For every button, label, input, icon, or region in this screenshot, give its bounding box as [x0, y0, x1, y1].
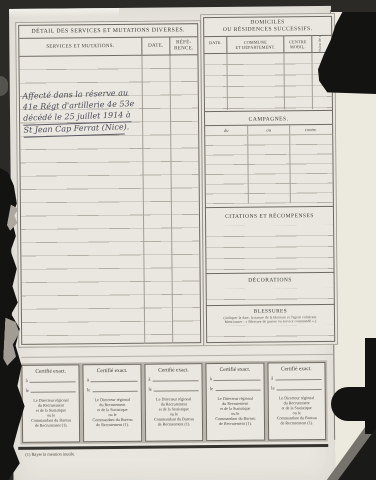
certificate-title: Certifié exact.	[22, 368, 78, 375]
services-mutations-table: DÉTAIL DES SERVICES ET MUTATIONS DIVERSE…	[18, 23, 201, 345]
column-divider	[289, 135, 291, 203]
separator-line	[21, 344, 333, 348]
blessures-note-line2: Mentionner : « Blessure de guerre ou ser…	[207, 319, 334, 324]
certificate-signature-block: Le Directeur régional du Recrutement et …	[268, 395, 325, 426]
certificate-box: Certifié exact. à le Le Directeur région…	[206, 363, 265, 442]
blank-line	[152, 380, 198, 381]
blank-line	[31, 391, 76, 392]
blank-line	[30, 381, 76, 382]
commune-line2: ET DÉPARTEMENT.	[227, 44, 283, 50]
column-header-au: au	[247, 125, 289, 134]
column-divider	[226, 54, 228, 110]
campagnes-rows	[205, 135, 333, 204]
campagnes-section: CAMPAGNES. du au contre	[205, 113, 333, 204]
domiciles-section: DOMICILES OU RÉSIDENCES SUCCESSIFS. DATE…	[204, 17, 332, 108]
blank-line	[92, 391, 137, 392]
certificate-signature-block: Le Directeur régional du Recrutement et …	[207, 396, 264, 427]
certificate-box: Certifié exact. à le Le Directeur région…	[267, 362, 326, 441]
blank-line	[277, 389, 322, 390]
sig-line: de Recrutement (1).	[146, 421, 202, 427]
blank-line	[215, 390, 260, 391]
label-a: à	[271, 375, 273, 380]
citations-rows	[206, 225, 333, 272]
handwriting-line: St Jean Cap Ferrat (Nice).	[23, 122, 124, 137]
column-header-centre-mobilisation: CENTRE MOBIL.	[283, 36, 311, 52]
blank-line	[214, 380, 260, 381]
certificate-title: Certifié exact.	[84, 368, 140, 375]
certificate-title: Certifié exact.	[268, 366, 324, 373]
certificate-box: Certifié exact. à le Le Directeur région…	[144, 363, 203, 442]
sig-line: de Recrutement (1).	[84, 422, 140, 428]
column-divider	[311, 53, 313, 109]
label-le: le	[148, 387, 151, 392]
column-header-date: DATE.	[204, 37, 226, 53]
damage-mark-right-middle	[331, 387, 376, 421]
certificate-signature-block: Le Directeur régional du Recrutement et …	[84, 397, 141, 428]
label-a: à	[148, 377, 150, 382]
column-header-services: SERVICES ET MUTATIONS.	[19, 38, 141, 56]
damage-mark-left-small	[0, 76, 8, 96]
blank-line	[275, 379, 321, 380]
label-le: le	[26, 388, 29, 393]
label-le: le	[271, 385, 274, 390]
centre-line2: MOBIL.	[284, 44, 311, 49]
column-header-reference-line2: RENCE.	[170, 46, 197, 52]
decorations-section: DÉCORATIONS	[207, 275, 334, 304]
domiciles-title-line2: OU RÉSIDENCES SUCCESSIFS.	[204, 26, 331, 34]
citations-title: CITATIONS ET RÉCOMPENSES	[206, 209, 333, 226]
domiciles-header: DATE. COMMUNE ET DÉPARTEMENT. CENTRE MOB…	[204, 36, 331, 54]
sig-line: de Recrutement (1).	[207, 421, 263, 427]
column-header-du: du	[205, 126, 247, 135]
services-table-header: SERVICES ET MUTATIONS. DATE. RÉFÉ- RENCE…	[19, 37, 197, 57]
label-le: le	[210, 386, 213, 391]
footnote: (1) Rayer la mention inutile.	[25, 451, 75, 456]
certificate-title: Certifié exact.	[145, 367, 201, 374]
column-header-reference: RÉFÉ- RENCE.	[169, 37, 197, 54]
subdivision-rotated-label: Subdivision de région	[318, 36, 323, 52]
handwritten-service-entry: Affecté dans la réserve au 41e Régt d'ar…	[22, 86, 186, 137]
bottom-rule	[18, 444, 328, 450]
column-divider	[247, 136, 249, 204]
column-divider	[283, 53, 285, 109]
sig-line: de Recrutement (1).	[23, 422, 79, 428]
services-table-rows: Affecté dans la réserve au 41e Régt d'ar…	[19, 55, 200, 345]
blank-line	[91, 381, 137, 382]
domiciles-title: DOMICILES OU RÉSIDENCES SUCCESSIFS.	[204, 17, 331, 37]
citations-section: CITATIONS ET RÉCOMPENSES	[206, 209, 334, 272]
paper-fold-highlight	[9, 8, 119, 18]
column-header-commune: COMMUNE ET DÉPARTEMENT.	[226, 36, 283, 53]
certificate-box: Certifié exact. à le Le Directeur région…	[21, 364, 80, 443]
certificate-signature-block: Le Directeur régional du Recrutement et …	[146, 396, 203, 427]
sig-line: de Recrutement (1).	[269, 420, 325, 426]
label-le: le	[87, 387, 90, 392]
separator-line	[21, 354, 333, 358]
column-header-contre: contre	[289, 125, 331, 134]
certificate-box: Certifié exact. à le Le Directeur région…	[83, 364, 142, 443]
blank-line	[154, 390, 199, 391]
label-a: à	[26, 378, 28, 383]
decorations-title: DÉCORATIONS	[207, 275, 334, 289]
domiciles-rows	[204, 53, 332, 110]
column-header-date: DATE.	[141, 37, 169, 54]
certification-row: Certifié exact. à le Le Directeur région…	[21, 362, 326, 443]
certificate-title: Certifié exact.	[207, 367, 263, 374]
right-column: DOMICILES OU RÉSIDENCES SUCCESSIFS. DATE…	[203, 16, 335, 343]
label-a: à	[210, 376, 212, 381]
register-page: DÉTAIL DES SERVICES ET MUTATIONS DIVERSE…	[9, 6, 336, 480]
certificate-signature-block: Le Directeur régional du Recrutement et …	[23, 397, 80, 428]
blessures-rows	[207, 325, 334, 338]
decorations-rows	[207, 288, 334, 304]
label-a: à	[87, 377, 89, 382]
blessures-section: BLESSURES (indiquer la date, la nature d…	[207, 307, 334, 342]
